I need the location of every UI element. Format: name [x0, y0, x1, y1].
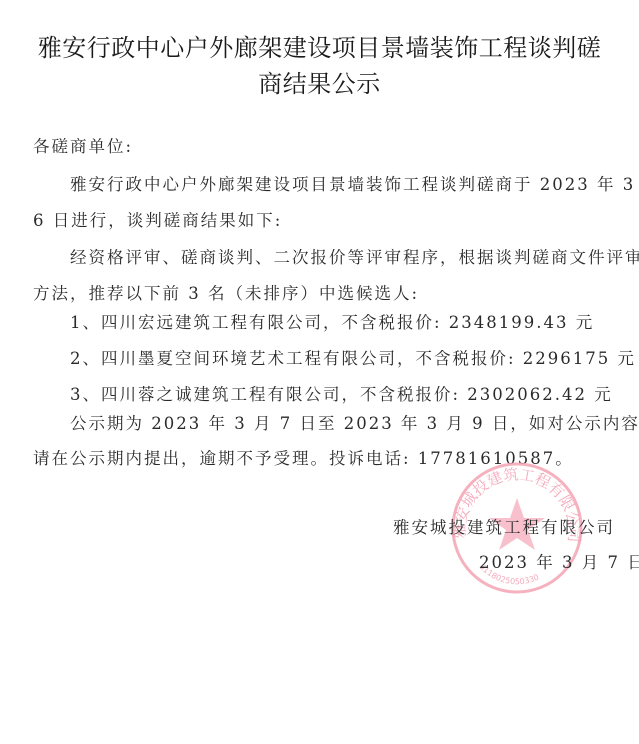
signature-date: 2023 年 3 月 7 日	[479, 549, 639, 573]
document-title-line-1: 雅安行政中心户外廊架建设项目景墙装饰工程谈判磋	[0, 28, 639, 63]
document-title-line-2: 商结果公示	[0, 64, 639, 99]
notice-line-1: 公示期为 2023 年 3 月 7 日至 2023 年 3 月 9 日，如对公示…	[70, 410, 639, 434]
paragraph-2-line-2: 方法，推荐以下前 3 名（未排序）中选候选人:	[33, 280, 419, 304]
salutation: 各磋商单位:	[33, 133, 133, 157]
candidate-item: 1、四川宏远建筑工程有限公司，不含税报价: 2348199.43 元	[70, 309, 594, 333]
signature-company: 雅安城投建筑工程有限公司	[393, 514, 615, 538]
paragraph-2-line-1: 经资格评审、磋商谈判、二次报价等评审程序，根据谈判磋商文件评审	[70, 244, 639, 268]
paragraph-1-line-1: 雅安行政中心户外廊架建设项目景墙装饰工程谈判磋商于 2023 年 3 月	[70, 171, 639, 195]
paragraph-1-line-2: 6 日进行，谈判磋商结果如下:	[33, 207, 282, 231]
candidate-item: 2、四川墨夏空间环境艺术工程有限公司，不含税报价: 2296175 元	[70, 345, 636, 369]
candidate-item: 3、四川蓉之诚建筑工程有限公司，不含税报价: 2302062.42 元	[70, 381, 613, 405]
